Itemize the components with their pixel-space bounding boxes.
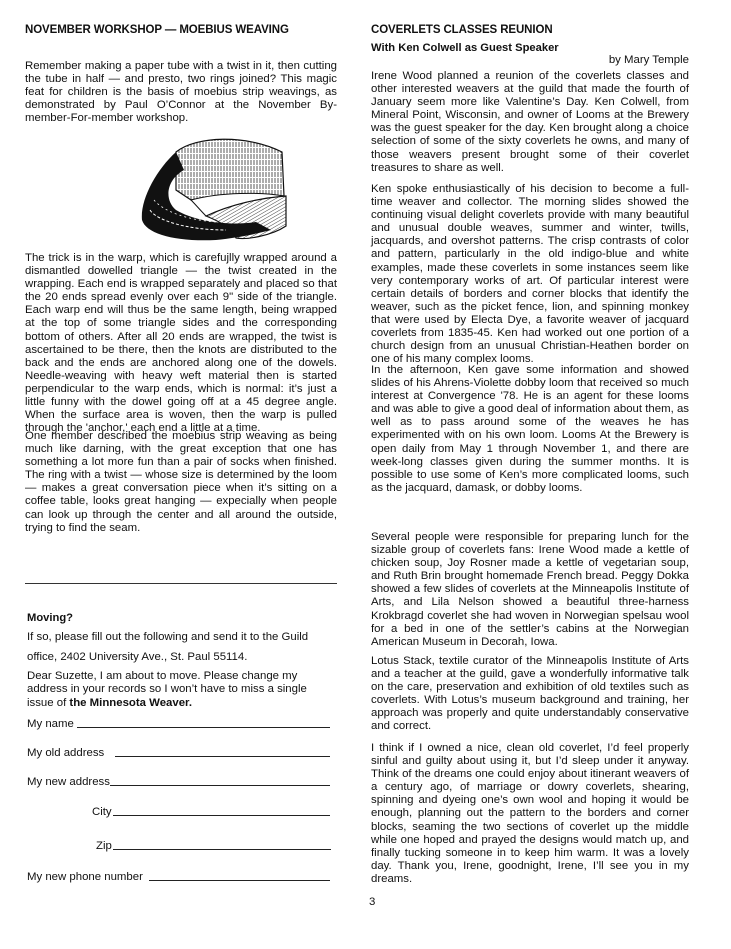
right-paragraph-3: In the afternoon, Ken gave some informat… [371,364,689,495]
new-address-field[interactable]: My new address [27,776,330,788]
phone-field[interactable]: My new phone number [27,871,330,883]
city-field[interactable]: City [92,806,330,818]
moving-form-note: Dear Suzette, I am about to move. Please… [27,670,332,710]
moebius-strip-illustration-icon [136,130,288,246]
old-address-field[interactable]: My old address [27,747,330,759]
right-paragraph-5: Lotus Stack, textile curator of the Minn… [371,655,689,734]
name-field-input[interactable] [77,726,330,728]
left-paragraph-3: One member described the moebius strip w… [25,430,337,535]
moving-form-instructions: If so, please fill out the following and… [27,627,339,667]
zip-field-label: Zip [96,840,112,852]
moving-form-title: Moving? [27,612,73,624]
phone-field-label: My new phone number [27,871,143,883]
left-paragraph-1: Remember making a paper tube with a twis… [25,60,337,125]
phone-field-input[interactable] [149,879,330,881]
zip-field-input[interactable] [113,848,331,850]
zip-field[interactable]: Zip [96,840,331,852]
byline: by Mary Temple [609,54,689,66]
city-field-input[interactable] [113,814,330,816]
name-field-label: My name [27,718,74,730]
right-subhead: With Ken Colwell as Guest Speaker [371,42,559,54]
right-paragraph-1: Irene Wood planned a reunion of the cove… [371,70,689,175]
section-divider [25,583,337,584]
name-field[interactable]: My name [27,718,330,730]
right-headline: COVERLETS CLASSES REUNION [371,24,553,36]
old-address-field-input[interactable] [115,755,330,757]
new-address-field-input[interactable] [110,784,330,786]
page-number: 3 [369,896,375,908]
old-address-field-label: My old address [27,747,104,759]
right-paragraph-2: Ken spoke enthusiastically of his decisi… [371,183,689,366]
new-address-field-label: My new address [27,776,110,788]
left-paragraph-2: The trick is in the warp, which is caref… [25,252,337,435]
left-headline: NOVEMBER WORKSHOP — MOEBIUS WEAVING [25,24,289,36]
city-field-label: City [92,806,112,818]
right-paragraph-4: Several people were responsible for prep… [371,531,689,649]
newsletter-name: the Minnesota Weaver. [69,697,192,709]
right-paragraph-6: I think if I owned a nice, clean old cov… [371,742,689,886]
